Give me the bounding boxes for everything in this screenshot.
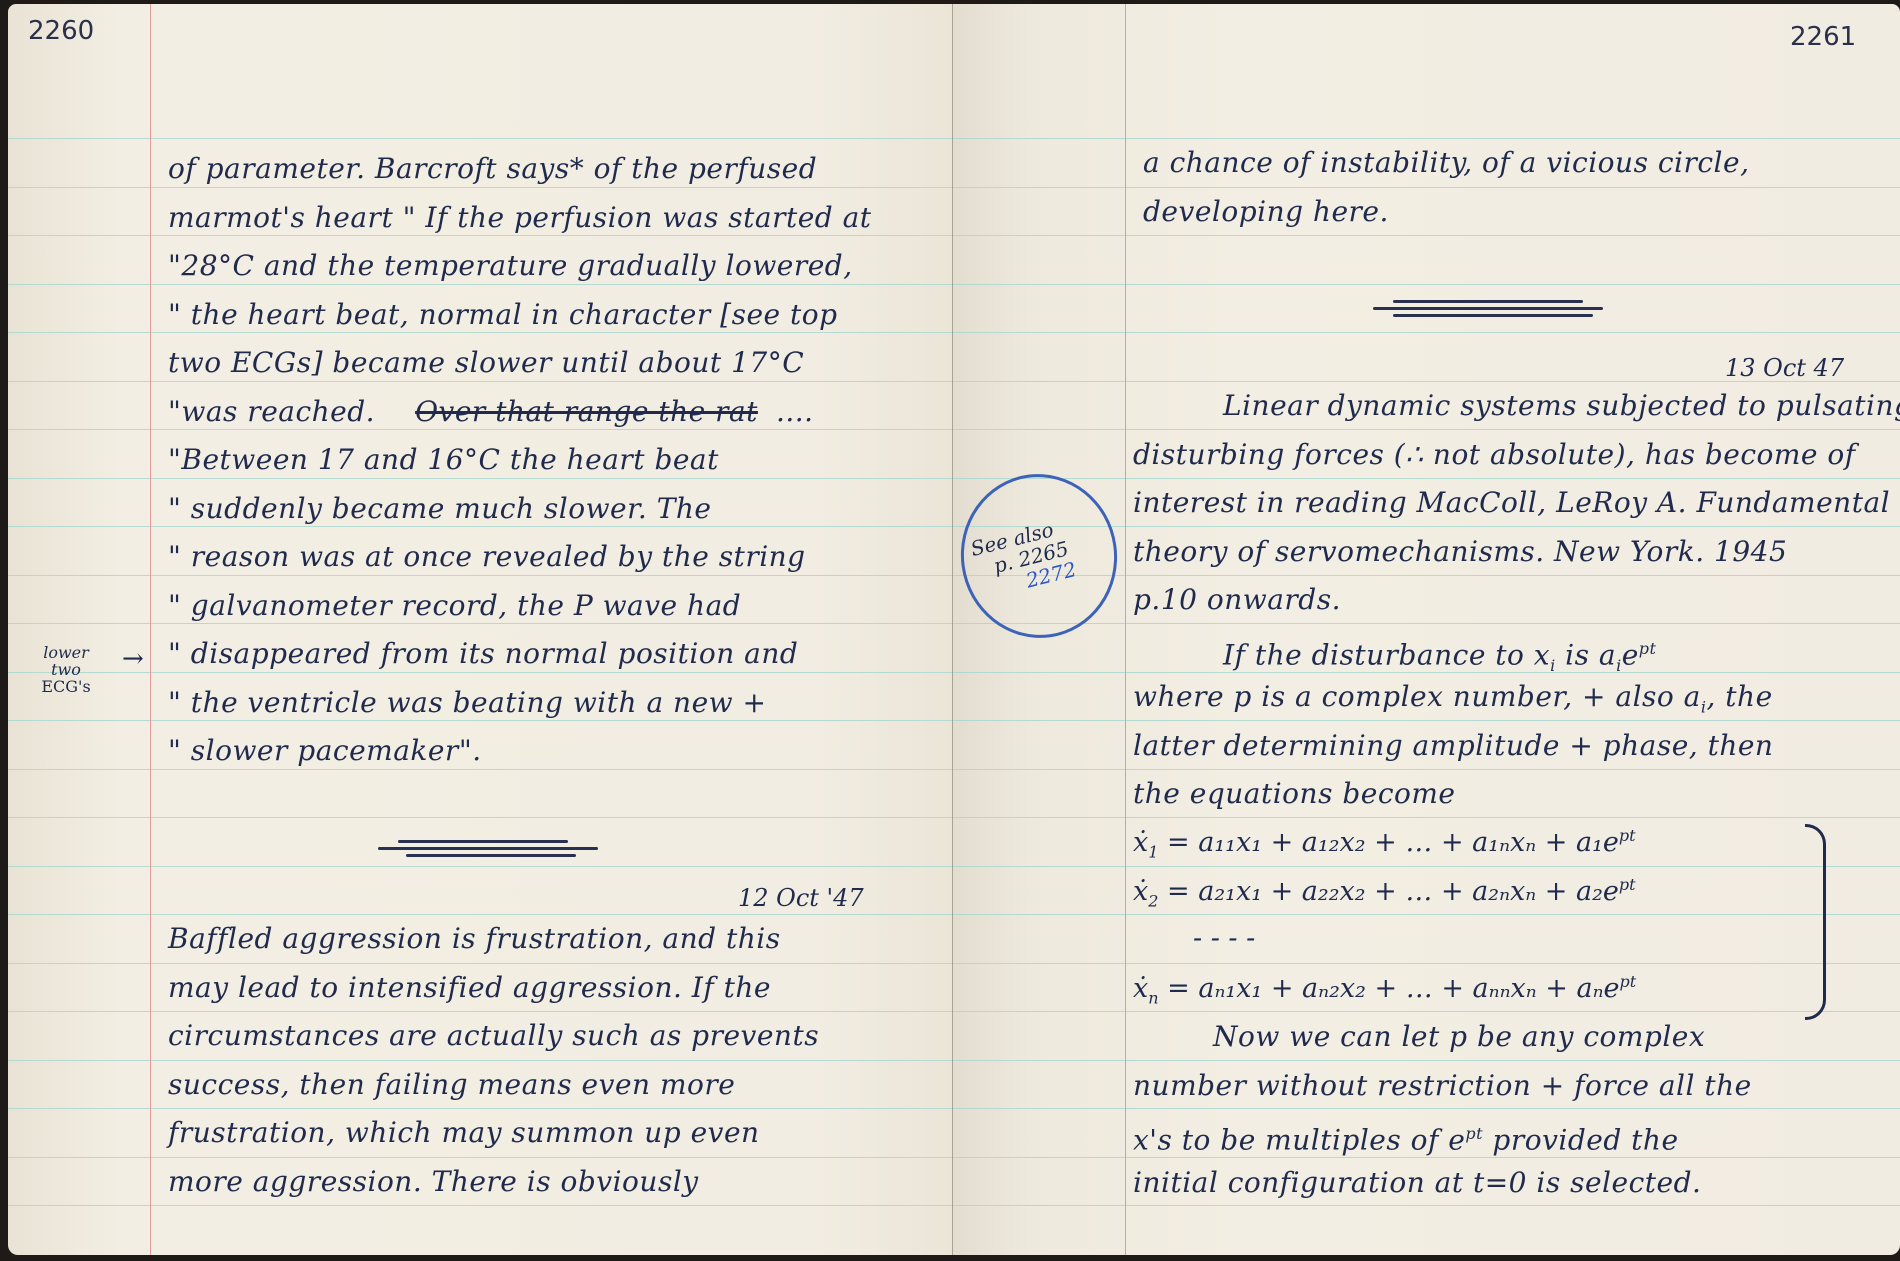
margin-line: [150, 4, 151, 1255]
handwritten-line: " disappeared from its normal position a…: [168, 637, 798, 671]
ruled-line: [953, 284, 1900, 285]
margin-note: lower two ECG's: [26, 644, 106, 695]
left-notebook-page: 2260 lower two ECG's → of parameter. Bar…: [8, 4, 953, 1255]
handwritten-line: disturbing forces (∴ not absolute), has …: [1133, 438, 1856, 472]
handwritten-line: Baffled aggression is frustration, and t…: [168, 922, 781, 956]
handwritten-line: success, then failing means even more: [168, 1068, 735, 1102]
ruled-line: [953, 478, 1900, 479]
ruled-lines: [953, 4, 1900, 1255]
handwritten-line: latter determining amplitude + phase, th…: [1133, 729, 1773, 763]
ruled-line: [953, 235, 1900, 236]
handwritten-line: interest in reading MacColl, LeRoy A. Fu…: [1133, 486, 1890, 520]
ruled-line: [953, 817, 1900, 818]
equation-row: ẋ2 = a₂₁x₁ + a₂₂x₂ + … + a₂ₙxₙ + a₂ept: [1133, 875, 1636, 910]
ruled-line: [953, 1205, 1900, 1206]
equation-row: ẋn = aₙ₁x₁ + aₙ₂x₂ + … + aₙₙxₙ + aₙept: [1133, 972, 1636, 1007]
handwritten-line: two ECGs] became slower until about 17°C: [168, 346, 804, 380]
handwritten-line: " suddenly became much slower. The: [168, 492, 712, 526]
arrow-right-icon: →: [122, 644, 144, 674]
margin-line: [1125, 4, 1126, 1255]
handwritten-line: "28°C and the temperature gradually lowe…: [168, 249, 853, 283]
equation-row: - - - -: [1193, 923, 1255, 954]
page-number: 2260: [28, 16, 94, 46]
handwritten-line: marmot's heart " If the perfusion was st…: [168, 201, 872, 235]
ruled-line: [953, 1060, 1900, 1061]
handwritten-line: Now we can let p be any complex: [1213, 1020, 1705, 1054]
ellipsis: ....: [776, 395, 814, 428]
margin-note-line: lower two: [26, 644, 106, 678]
entry-date: 12 Oct '47: [738, 884, 864, 912]
handwritten-line: the equations become: [1133, 777, 1456, 811]
ruled-line: [953, 429, 1900, 430]
ruled-line: [953, 914, 1900, 915]
ruled-line: [953, 769, 1900, 770]
ruled-line: [953, 138, 1900, 139]
ruled-line: [953, 623, 1900, 624]
handwritten-line: " the heart beat, normal in character [s…: [168, 298, 838, 332]
handwritten-line: more aggression. There is obviously: [168, 1165, 699, 1199]
handwritten-line: may lead to intensified aggression. If t…: [168, 971, 771, 1005]
ruled-line: [953, 963, 1900, 964]
handwritten-line: "was reached.Over that range the rat....: [168, 395, 814, 429]
margin-note-line: ECG's: [26, 678, 106, 695]
entry-date: 13 Oct 47: [1725, 354, 1844, 382]
handwritten-line: circumstances are actually such as preve…: [168, 1019, 819, 1053]
page-number: 2261: [1790, 22, 1856, 52]
handwritten-line: number without restriction + force all t…: [1133, 1069, 1752, 1103]
handwritten-line: x's to be multiples of ept provided the: [1133, 1117, 1679, 1157]
ruled-line: [953, 1011, 1900, 1012]
handwritten-line: a chance of instability, of a vicious ci…: [1143, 146, 1749, 180]
handwritten-line: of parameter. Barcroft says* of the perf…: [168, 152, 817, 186]
handwritten-line: " reason was at once revealed by the str…: [168, 540, 806, 574]
struck-through-text: Over that range the rat: [415, 395, 758, 428]
handwritten-line: frustration, which may summon up even: [168, 1116, 760, 1150]
handwritten-line: " galvanometer record, the P wave had: [168, 589, 741, 623]
ruled-line: [953, 187, 1900, 188]
handwritten-line: Linear dynamic systems subjected to puls…: [1223, 389, 1900, 423]
right-brace: [1805, 824, 1826, 1020]
handwritten-line: If the disturbance to xi is aiept: [1223, 632, 1656, 683]
equation-row: ẋ1 = a₁₁x₁ + a₁₂x₂ + … + a₁ₙxₙ + a₁ept: [1133, 826, 1636, 861]
handwritten-line: p.10 onwards.: [1133, 583, 1341, 617]
handwritten-line: developing here.: [1143, 195, 1389, 229]
handwritten-line: "Between 17 and 16°C the heart beat: [168, 443, 719, 477]
handwritten-line: " slower pacemaker".: [168, 734, 482, 768]
ruled-line: [953, 866, 1900, 867]
ruled-line: [953, 1108, 1900, 1109]
handwritten-line: " the ventricle was beating with a new +: [168, 686, 766, 720]
handwritten-line: initial configuration at t=0 is selected…: [1133, 1166, 1701, 1200]
ruled-line: [953, 332, 1900, 333]
handwritten-line: where p is a complex number, + also ai, …: [1133, 680, 1773, 725]
handwritten-line: theory of servomechanisms. New York. 194…: [1133, 535, 1787, 569]
right-notebook-page: 2261 a chance of instability, of a vicio…: [953, 4, 1900, 1255]
